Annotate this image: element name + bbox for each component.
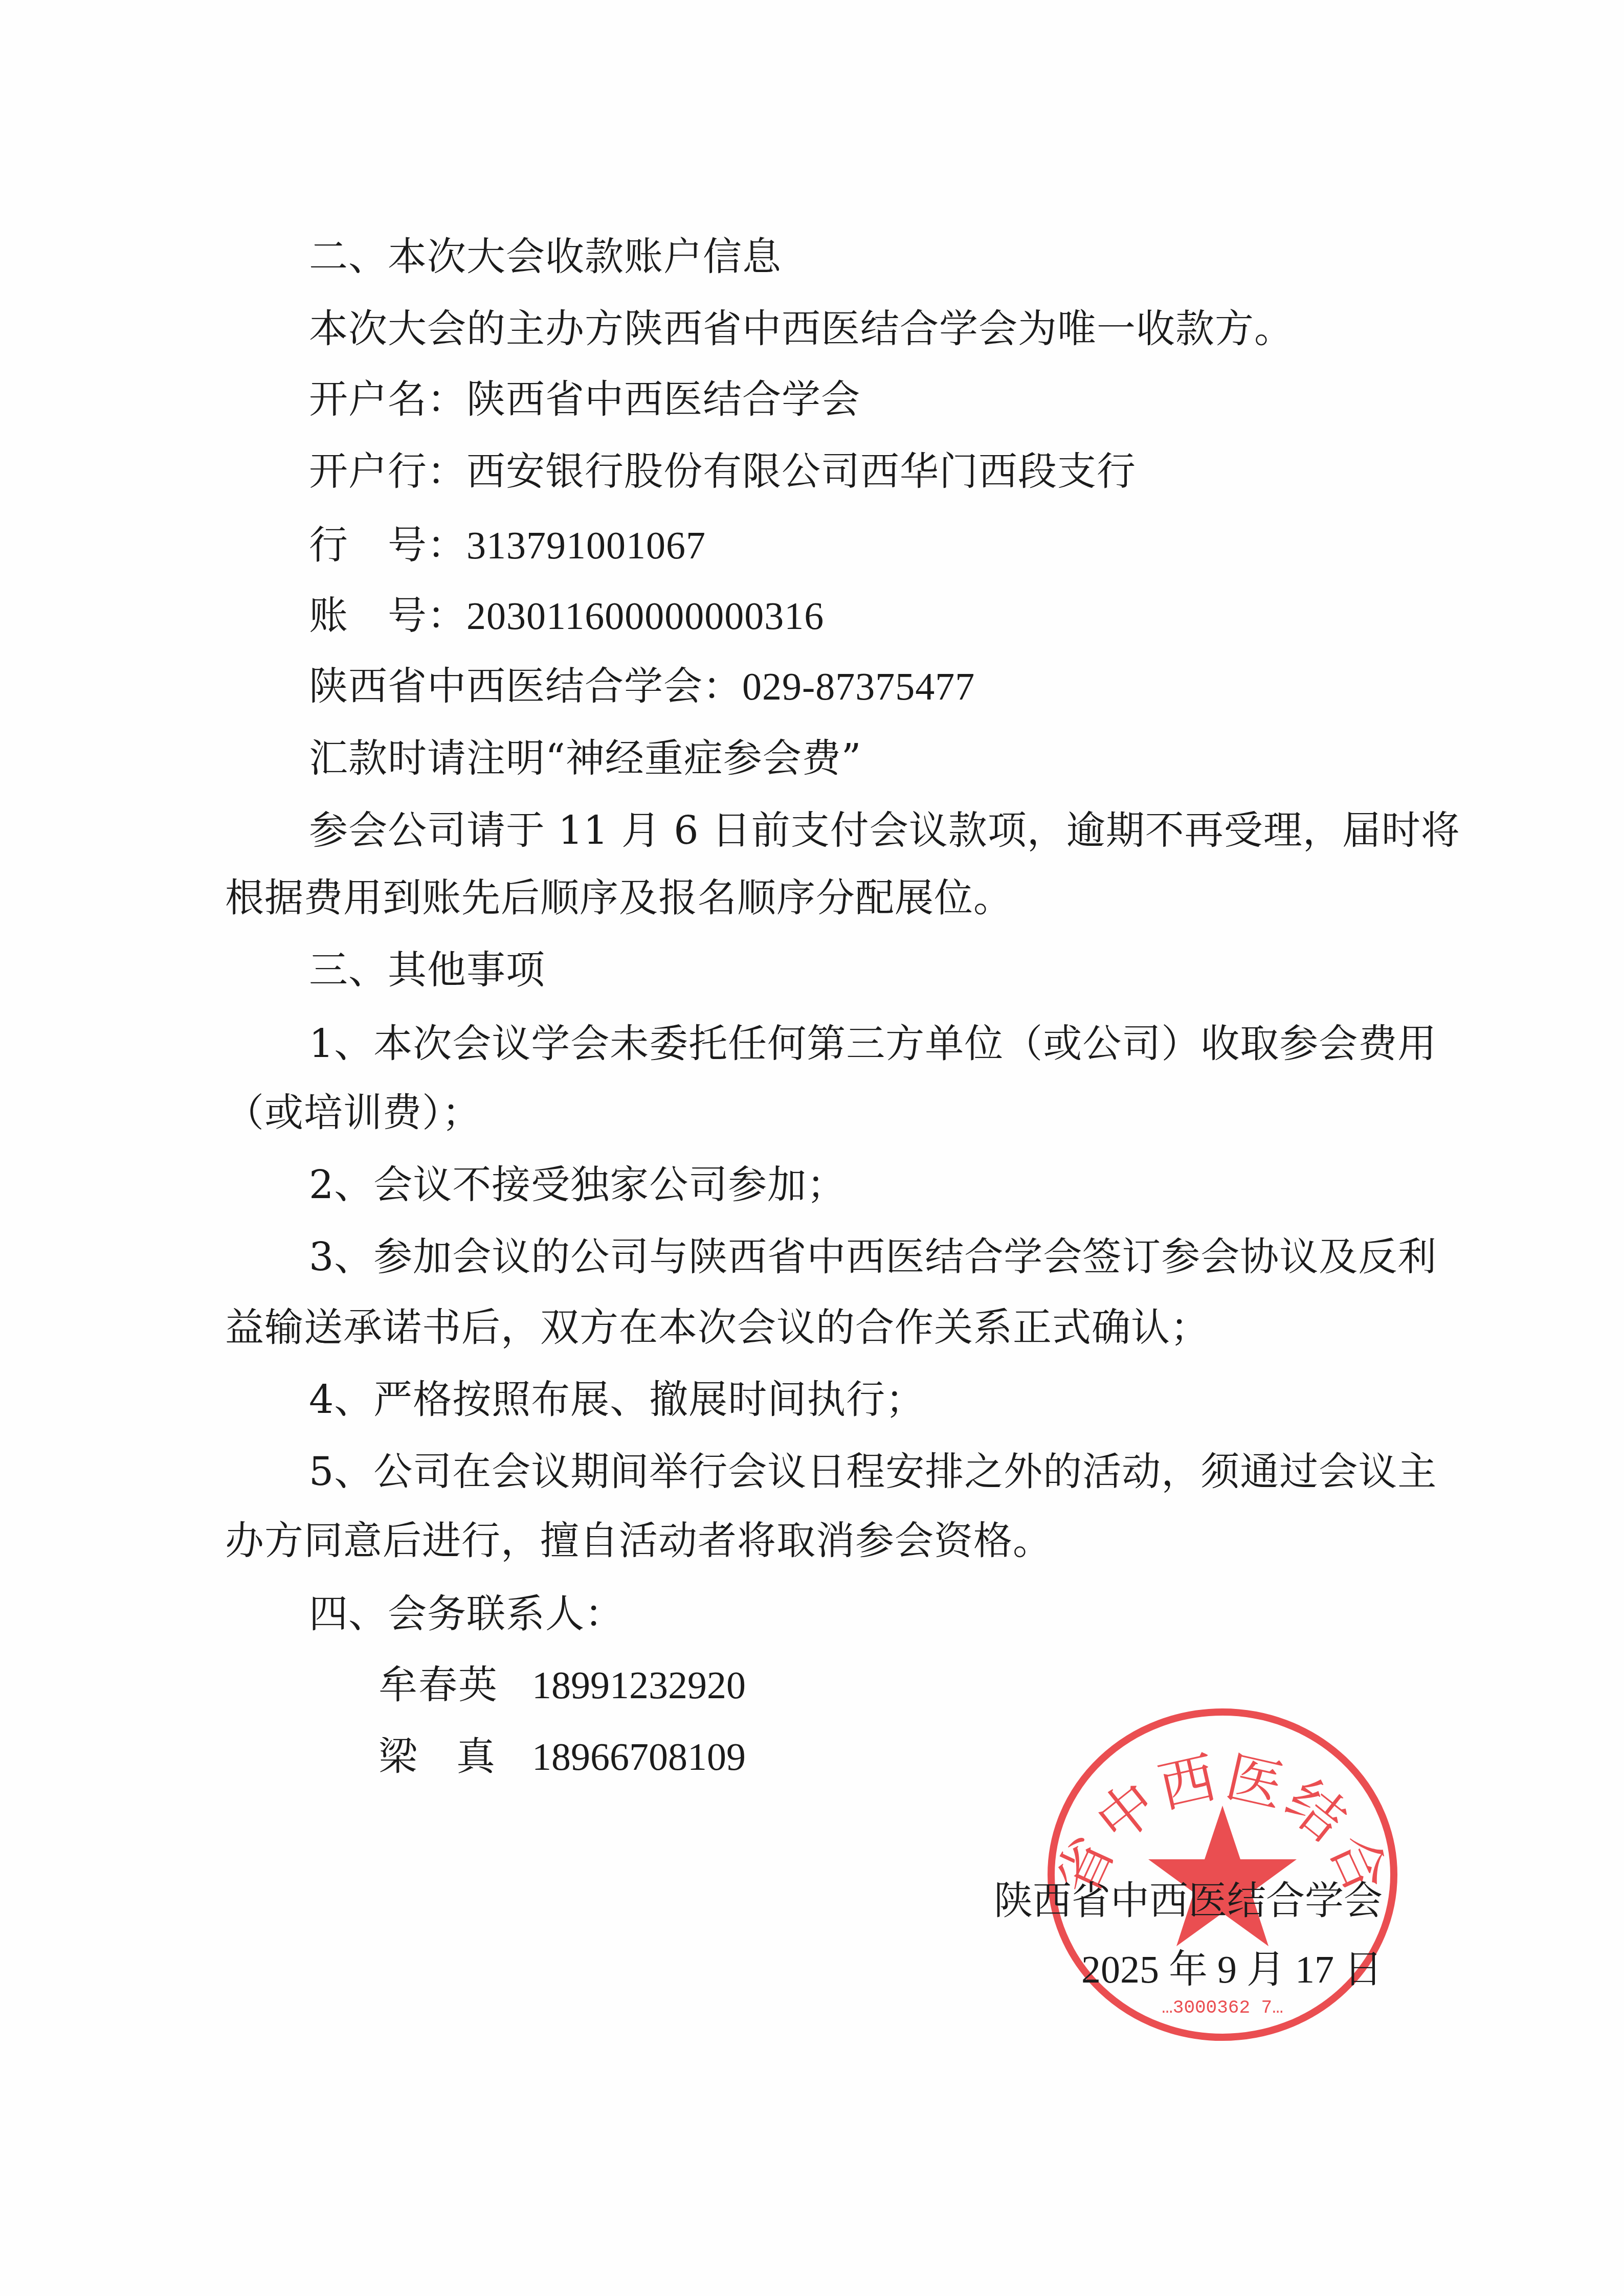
contact-name: 梁真 <box>379 1731 532 1782</box>
other-item-5-line2: 办方同意后进行，擅自活动者将取消参会资格。 <box>225 1515 1386 1566</box>
bank-code-value: 313791001067 <box>466 524 706 567</box>
contact-row: 梁真18966708109 <box>379 1731 746 1782</box>
section2-intro: 本次大会的主办方陕西省中西医结合学会为唯一收款方。 <box>309 303 1470 354</box>
payment-deadline-line1: 参会公司请于 11 月 6 日前支付会议款项，逾期不再受理，届时将 <box>309 805 1383 856</box>
phone-label: 陕西省中西医结合学会： <box>309 663 742 709</box>
phone-row: 陕西省中西医结合学会：029-87375477 <box>309 661 1470 712</box>
other-item-3-line2: 益输送承诺书后，双方在本次会议的合作关系正式确认； <box>225 1302 1386 1353</box>
contact-phone: 18966708109 <box>532 1731 746 1783</box>
contact-row: 牟春英18991232920 <box>379 1659 746 1710</box>
other-item-4: 4、严格按照布展、撤展时间执行； <box>309 1374 1470 1425</box>
account-number-label: 账 号： <box>309 593 466 638</box>
payment-deadline-line2: 根据费用到账先后顺序及报名顺序分配展位。 <box>225 872 1386 924</box>
bank-code-label: 行 号： <box>309 522 466 568</box>
account-number-value: 203011600000000316 <box>466 595 824 638</box>
remittance-remark: 汇款时请注明“神经重症参会费” <box>309 733 1470 784</box>
section3-heading: 三、其他事项 <box>309 944 1470 996</box>
bank-code-row: 行 号：313791001067 <box>309 520 1470 571</box>
signature-organization: 陕西省中西医结合学会 <box>994 1875 1383 1926</box>
bank-label: 开户行： <box>309 448 466 494</box>
other-item-1-line1: 1、本次会议学会未委托任何第三方单位（或公司）收取参会费用 <box>309 1018 1470 1069</box>
other-item-5-line1: 5、公司在会议期间举行会议日程安排之外的活动，须通过会议主 <box>309 1446 1470 1497</box>
other-item-1-line2: （或培训费）； <box>225 1087 1386 1138</box>
section4-heading: 四、会务联系人： <box>309 1588 1470 1639</box>
account-name-label: 开户名： <box>309 376 466 422</box>
document-page: 二、本次大会收款账户信息 本次大会的主办方陕西省中西医结合学会为唯一收款方。 开… <box>0 0 1624 2296</box>
signature-date: 2025 年 9 月 17 日 <box>1081 1944 1383 1995</box>
account-name-row: 开户名：陕西省中西医结合学会 <box>309 374 1470 425</box>
contact-name: 牟春英 <box>379 1659 532 1710</box>
bank-value: 西安银行股份有限公司西华门西段支行 <box>466 448 1136 494</box>
contact-phone: 18991232920 <box>532 1660 746 1711</box>
phone-value: 029-87375477 <box>742 665 975 708</box>
other-item-2: 2、会议不接受独家公司参加； <box>309 1159 1470 1210</box>
other-item-3-line1: 3、参加会议的公司与陕西省中西医结合学会签订参会协议及反利 <box>309 1231 1470 1282</box>
seal-code: …3000362 7… <box>1162 1997 1283 2018</box>
bank-row: 开户行：西安银行股份有限公司西华门西段支行 <box>309 446 1470 497</box>
section2-heading: 二、本次大会收款账户信息 <box>309 231 1470 282</box>
account-number-row: 账 号：203011600000000316 <box>309 590 1470 641</box>
account-name-value: 陕西省中西医结合学会 <box>466 376 860 422</box>
